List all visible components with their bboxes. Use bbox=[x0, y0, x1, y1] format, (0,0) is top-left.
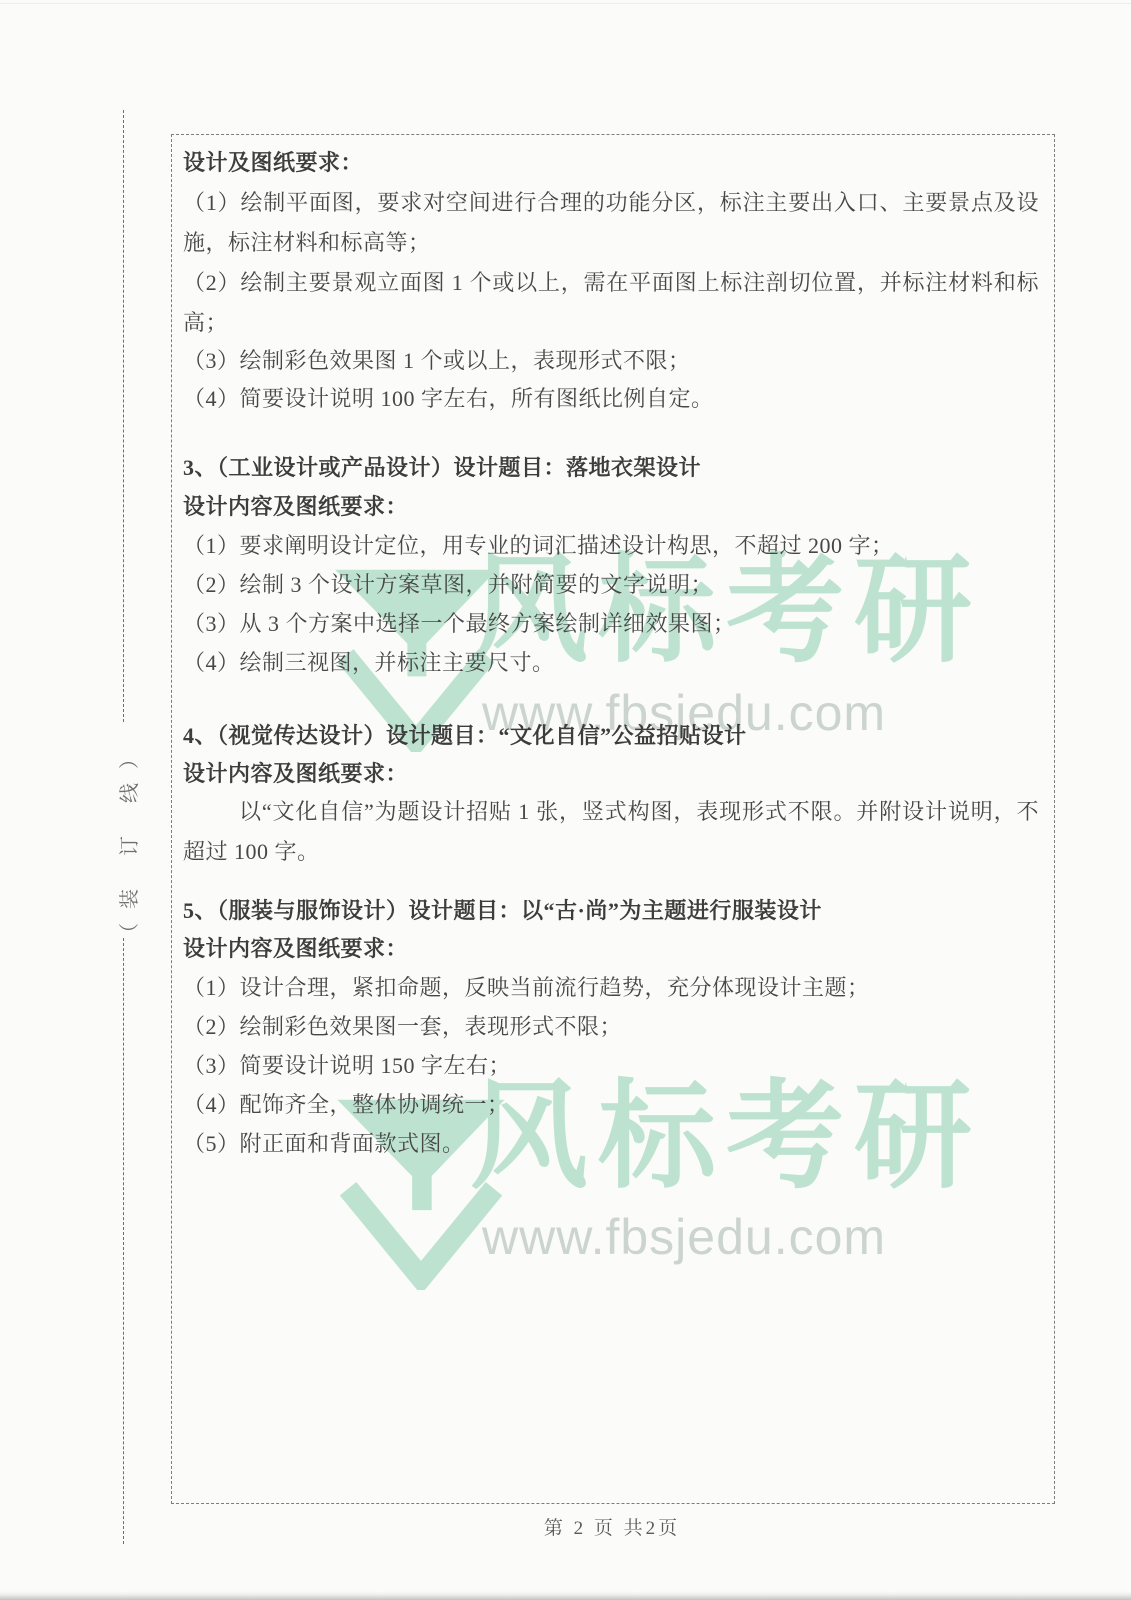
requirement-item: （2）绘制主要景观立面图 1 个或以上，需在平面图上标注剖切位置，并标注材料和标… bbox=[183, 263, 1039, 343]
section-5-item: （4）配饰齐全，整体协调统一； bbox=[183, 1085, 1039, 1125]
requirement-item: （3）绘制彩色效果图 1 个或以上，表现形式不限； bbox=[183, 341, 1039, 381]
page-number-footer: 第 2 页 共2页 bbox=[171, 1513, 1053, 1540]
section-3-item: （3）从 3 个方案中选择一个最终方案绘制详细效果图； bbox=[183, 604, 1039, 644]
section-4-subheading: 设计内容及图纸要求： bbox=[183, 754, 1039, 794]
section-5-subheading: 设计内容及图纸要求： bbox=[183, 929, 1039, 969]
section-5-title: 5、（服装与服饰设计）设计题目：以“古·尚”为主题进行服装设计 bbox=[183, 891, 1039, 931]
section-4-title: 4、（视觉传达设计）设计题目：“文化自信”公益招贴设计 bbox=[183, 716, 1039, 756]
section-3-subheading: 设计内容及图纸要求： bbox=[183, 487, 1039, 527]
section-3-item: （4）绘制三视图，并标注主要尺寸。 bbox=[183, 643, 1039, 683]
section-5-item: （2）绘制彩色效果图一套，表现形式不限； bbox=[183, 1007, 1039, 1047]
binding-line-lower bbox=[123, 938, 124, 1544]
requirement-item: （1）绘制平面图，要求对空间进行合理的功能分区，标注主要出入口、主要景点及设施，… bbox=[183, 183, 1039, 263]
section-5-item: （3）简要设计说明 150 字左右； bbox=[183, 1046, 1039, 1086]
section-3-item: （1）要求阐明设计定位，用专业的词汇描述设计构思，不超过 200 字； bbox=[183, 526, 1039, 566]
section-5-item: （1）设计合理，紧扣命题，反映当前流行趋势，充分体现设计主题； bbox=[183, 968, 1039, 1008]
requirements-heading: 设计及图纸要求： bbox=[183, 143, 1039, 183]
binding-line-label: （装 订 线） bbox=[113, 694, 135, 984]
section-3-title: 3、（工业设计或产品设计）设计题目：落地衣架设计 bbox=[183, 448, 1039, 488]
section-4-paragraph: 以“文化自信”为题设计招贴 1 张，竖式构图，表现形式不限。并附设计说明，不超过… bbox=[183, 792, 1039, 872]
requirement-item: （4）简要设计说明 100 字左右，所有图纸比例自定。 bbox=[183, 379, 1039, 419]
binding-line-upper bbox=[123, 110, 124, 722]
scan-bottom-edge bbox=[0, 1591, 1131, 1600]
section-5-item: （5）附正面和背面款式图。 bbox=[183, 1124, 1039, 1164]
scan-top-edge bbox=[0, 3, 1131, 4]
section-3-item: （2）绘制 3 个设计方案草图，并附简要的文字说明； bbox=[183, 565, 1039, 605]
